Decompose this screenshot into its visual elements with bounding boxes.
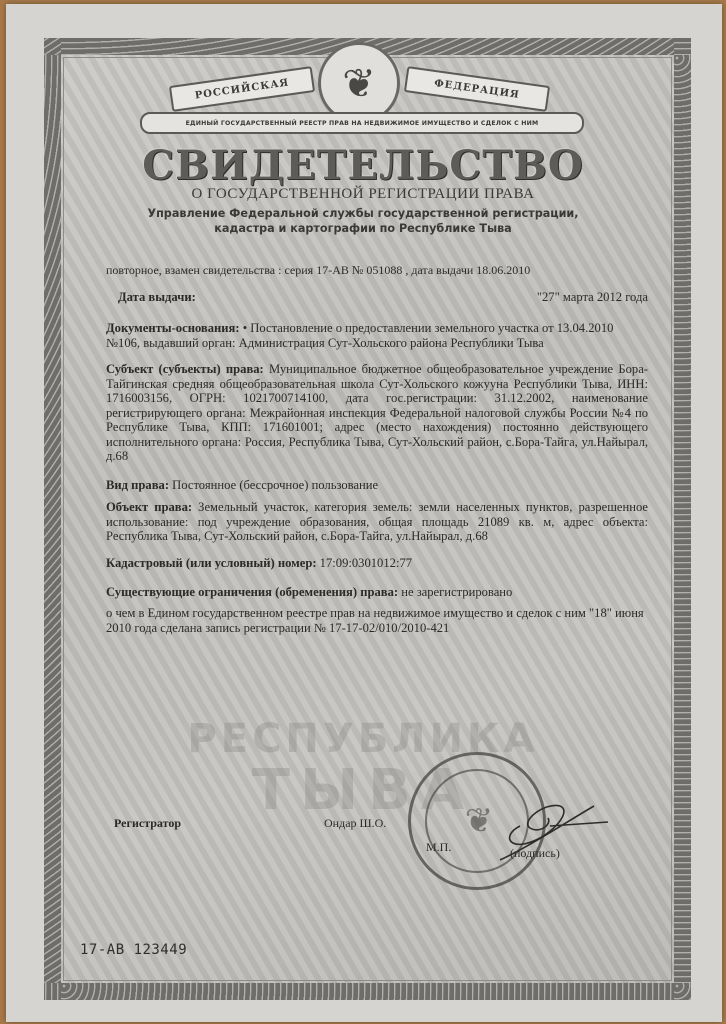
document-subtitle: О ГОСУДАРСТВЕННОЙ РЕГИСТРАЦИИ ПРАВА (0, 186, 726, 203)
header-banner: РОССИЙСКАЯ ФЕДЕРАЦИЯ ❦ ЕДИНЫЙ ГОСУДАРСТВ… (130, 42, 590, 132)
right-type-label: Вид права: (106, 478, 169, 492)
encumbrance-label: Существующие ограничения (обременения) п… (106, 585, 398, 599)
agency-line-1: Управление Федеральной службы государств… (0, 206, 726, 221)
cadastral-number: Кадастровый (или условный) номер: 17:09:… (106, 556, 648, 571)
issue-date-row: Дата выдачи: "27" марта 2012 года (118, 290, 648, 305)
handwritten-signature-icon (490, 796, 610, 866)
cadastral-value: 17:09:0301012:77 (317, 556, 413, 570)
reissue-note: повторное, взамен свидетельства : серия … (106, 263, 648, 278)
encumbrance-value: не зарегистрировано (398, 585, 512, 599)
document-title: СВИДЕТЕЛЬСТВО (0, 142, 726, 189)
ribbon-federation: ФЕДЕРАЦИЯ (404, 66, 550, 112)
basis-docs-label: Документы-основания: (106, 321, 240, 335)
watermark-tyva: ТЫВА (0, 758, 726, 823)
right-type: Вид права: Постоянное (бессрочное) польз… (106, 478, 648, 493)
registry-record: о чем в Едином государственном реестре п… (106, 606, 648, 635)
object-label: Объект права: (106, 500, 192, 514)
registrar-role: Регистратор (114, 816, 234, 831)
right-type-value: Постоянное (бессрочное) пользование (169, 478, 378, 492)
registry-ribbon: ЕДИНЫЙ ГОСУДАРСТВЕННЫЙ РЕЕСТР ПРАВ НА НЕ… (140, 112, 584, 134)
issuing-agency: Управление Федеральной службы государств… (0, 206, 726, 236)
subject-value: Муниципальное бюджетное общеобразователь… (106, 362, 648, 463)
watermark-republic: РЕСПУБЛИКА (0, 716, 726, 762)
agency-line-2: кадастра и картографии по Республике Тыв… (0, 221, 726, 236)
encumbrances: Существующие ограничения (обременения) п… (106, 585, 648, 600)
rights-subject: Субъект (субъекты) права: Муниципальное … (106, 362, 648, 464)
stamp-place-label: М.П. (426, 840, 466, 855)
basis-documents: Документы-основания: • Постановление о п… (106, 321, 648, 350)
issue-date-value: "27" марта 2012 года (537, 290, 648, 305)
subject-label: Субъект (субъекты) права: (106, 362, 264, 376)
right-object: Объект права: Земельный участок, категор… (106, 500, 648, 544)
cadastral-label: Кадастровый (или условный) номер: (106, 556, 317, 570)
serial-number: 17-АВ 123449 (80, 942, 187, 958)
issue-date-label: Дата выдачи: (118, 290, 196, 305)
ribbon-russian: РОССИЙСКАЯ (169, 66, 315, 112)
